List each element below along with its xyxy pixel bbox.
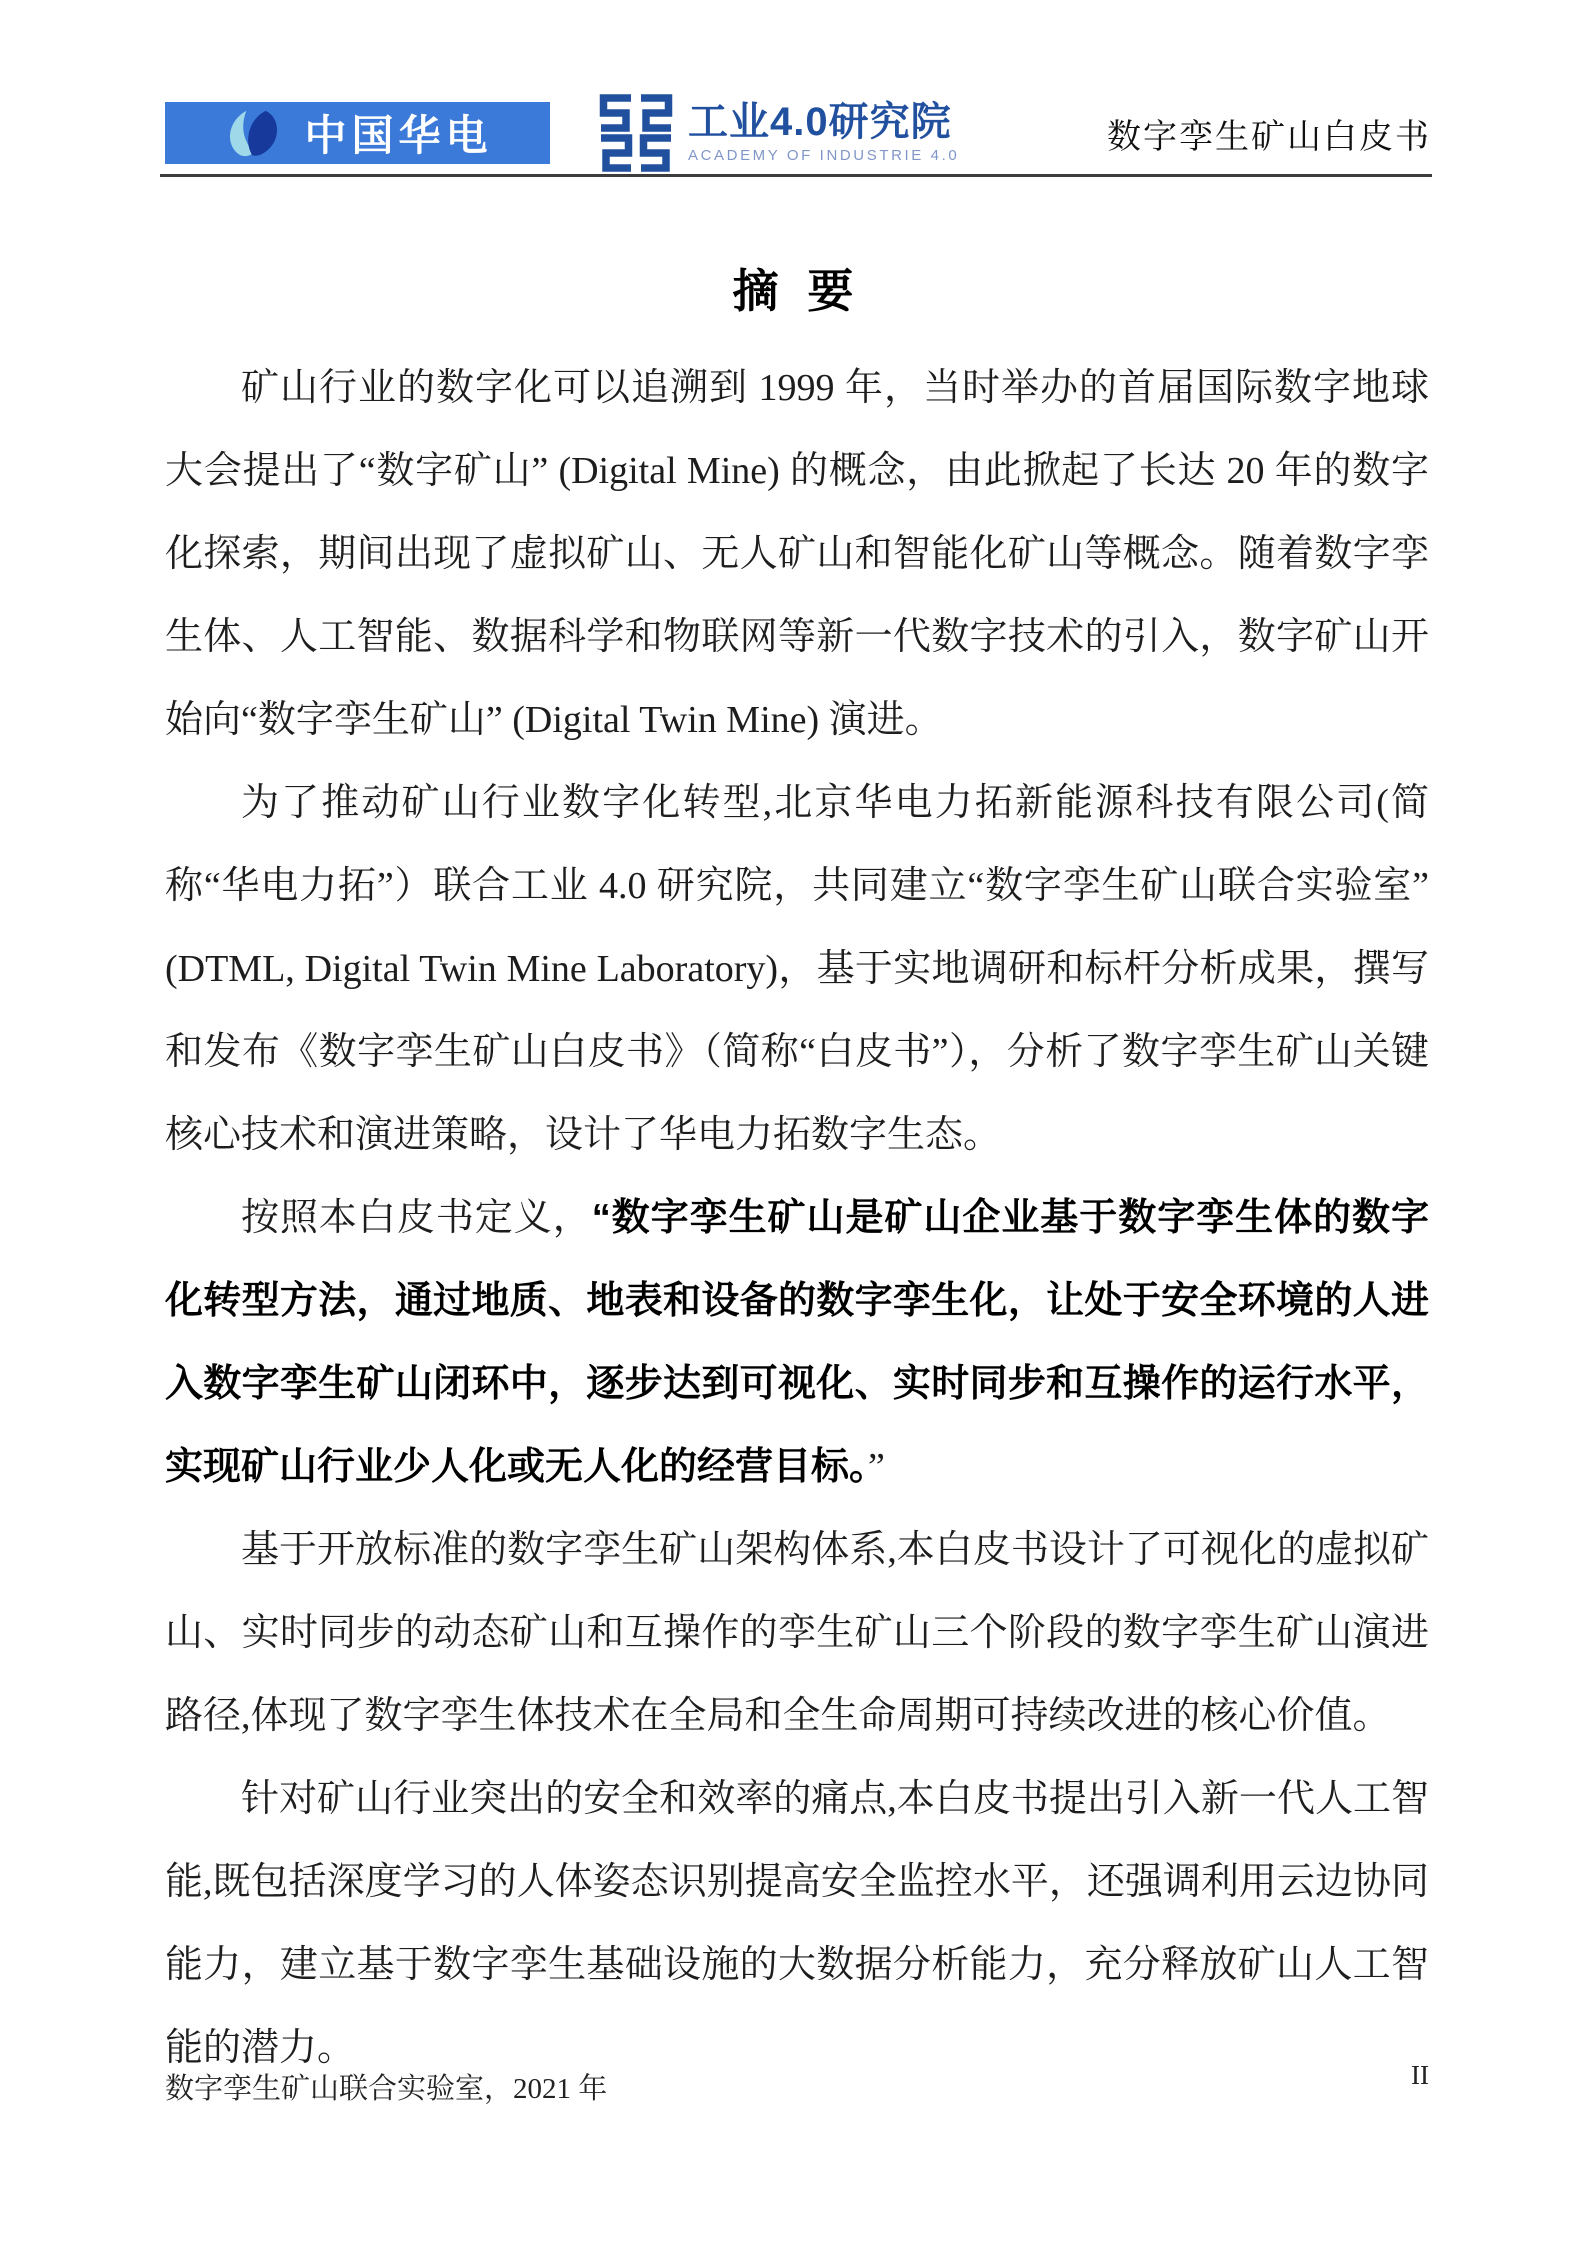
text-run: 针对矿山行业突出的安全和效率的痛点,本白皮书提出引入新一代人工智能,既包括深度学… [165, 1778, 1429, 2069]
industrie40-logo-subtitle: ACADEMY OF INDUSTRIE 4.0 [688, 147, 959, 164]
body-paragraph: 按照本白皮书定义，“数字孪生矿山是矿山企业基于数字孪生体的数字化转型方法，通过地… [165, 1177, 1429, 1509]
page-number: II [1411, 2060, 1429, 2091]
text-run: 为了推动矿山行业数字化转型,北京华电力拓新能源科技有限公司(简称“华电力拓”）联… [165, 782, 1429, 1156]
text-run: 按照本白皮书定义， [241, 1197, 592, 1239]
abstract-title: 摘 要 [165, 255, 1429, 321]
huadian-logo: 中国华电 [165, 102, 550, 164]
text-run: ” [868, 1446, 885, 1488]
bold-text-run: “数字孪生矿山是矿山企业基于数字孪生体的数字化转型方法，通过地质、地表和设备的数… [165, 1197, 1429, 1488]
body-paragraph: 基于开放标准的数字孪生矿山架构体系,本白皮书设计了可视化的虚拟矿山、实时同步的动… [165, 1509, 1429, 1758]
industrie40-logo: 工业4.0研究院 ACADEMY OF INDUSTRIE 4.0 [596, 93, 959, 173]
text-run: 基于开放标准的数字孪生矿山架构体系,本白皮书设计了可视化的虚拟矿山、实时同步的动… [165, 1529, 1429, 1737]
text-run: 矿山行业的数字化可以追溯到 1999 年，当时举办的首届国际数字地球大会提出了“… [165, 367, 1429, 741]
interlocked-squares-icon [596, 93, 676, 173]
footer-lab-name: 数字孪生矿山联合实验室，2021 年 [165, 2066, 607, 2107]
document-page: 中国华电 工业4.0研究院 ACADEMY OF INDUSTRIE 4.0 数… [0, 0, 1586, 2244]
header-divider [160, 174, 1432, 177]
page-main: 摘 要 矿山行业的数字化可以追溯到 1999 年，当时举办的首届国际数字地球大会… [165, 215, 1429, 2090]
page-header: 中国华电 工业4.0研究院 ACADEMY OF INDUSTRIE 4.0 数… [165, 92, 1431, 174]
page-footer: 数字孪生矿山联合实验室，2021 年 II [165, 2066, 1429, 2107]
industrie40-logo-title: 工业4.0研究院 [688, 102, 959, 143]
industrie40-logo-texts: 工业4.0研究院 ACADEMY OF INDUSTRIE 4.0 [688, 102, 959, 165]
header-doc-title: 数字孪生矿山白皮书 [1107, 109, 1431, 158]
huadian-logo-text: 中国华电 [304, 103, 492, 163]
body-paragraph: 为了推动矿山行业数字化转型,北京华电力拓新能源科技有限公司(简称“华电力拓”）联… [165, 762, 1429, 1177]
huadian-swoosh-icon [222, 108, 288, 158]
body-paragraph: 针对矿山行业突出的安全和效率的痛点,本白皮书提出引入新一代人工智能,既包括深度学… [165, 1758, 1429, 2090]
abstract-body: 矿山行业的数字化可以追溯到 1999 年，当时举办的首届国际数字地球大会提出了“… [165, 347, 1429, 2090]
body-paragraph: 矿山行业的数字化可以追溯到 1999 年，当时举办的首届国际数字地球大会提出了“… [165, 347, 1429, 762]
